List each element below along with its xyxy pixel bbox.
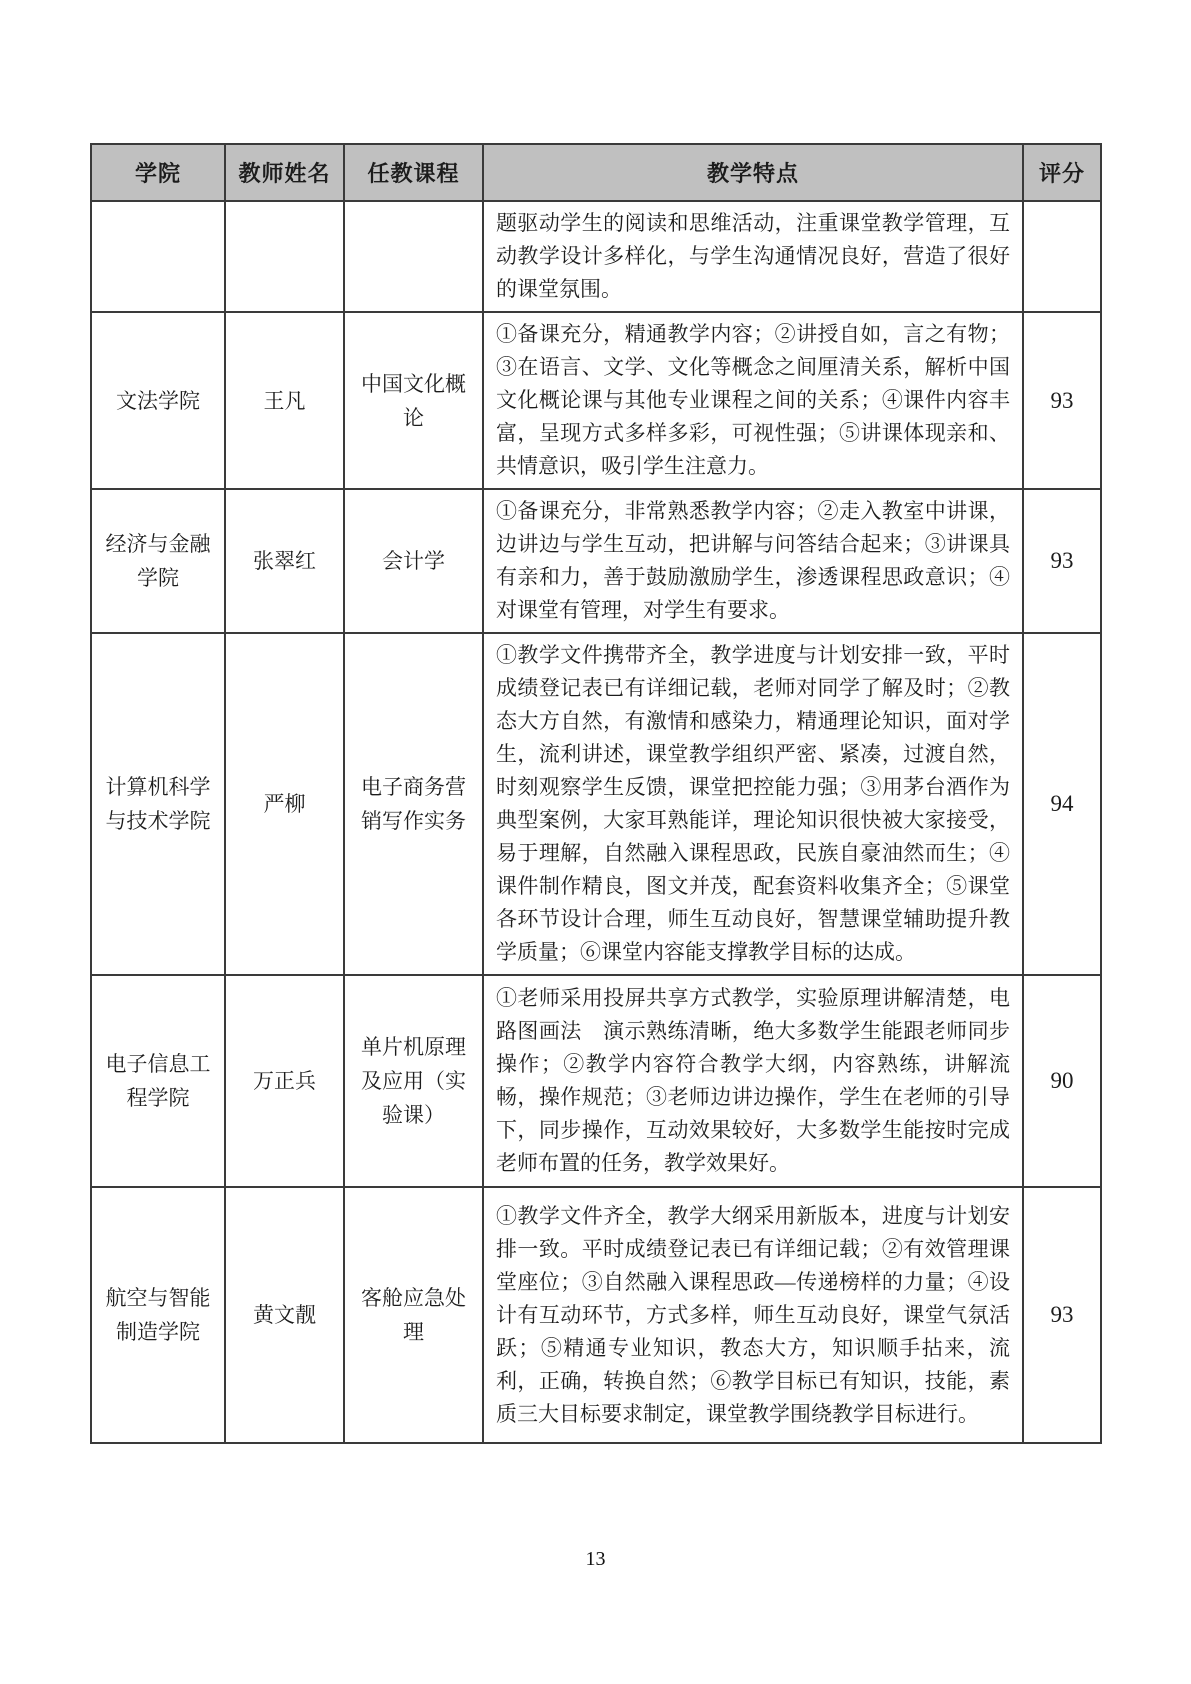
course-cell: 客舱应急处理 <box>344 1187 483 1443</box>
table-row: 计算机科学与技术学院 严柳 电子商务营销写作实务 ①教学文件携带齐全，教学进度与… <box>91 633 1101 975</box>
score-cell: 94 <box>1023 633 1101 975</box>
header-teacher: 教师姓名 <box>225 144 344 201</box>
college-cell: 航空与智能制造学院 <box>91 1187 225 1443</box>
table-row: 文法学院 王凡 中国文化概论 ①备课充分，精通教学内容；②讲授自如，言之有物；③… <box>91 312 1101 489</box>
features-cell: ①备课充分，精通教学内容；②讲授自如，言之有物；③在语言、文学、文化等概念之间厘… <box>483 312 1023 489</box>
features-cell: ①教学文件齐全，教学大纲采用新版本，进度与计划安排一致。平时成绩登记表已有详细记… <box>483 1187 1023 1443</box>
header-row: 学院 教师姓名 任教课程 教学特点 评分 <box>91 144 1101 201</box>
table-row: 经济与金融学院 张翠红 会计学 ①备课充分，非常熟悉教学内容；②走入教室中讲课，… <box>91 489 1101 633</box>
college-cell: 经济与金融学院 <box>91 489 225 633</box>
college-cell <box>91 201 225 312</box>
header-features: 教学特点 <box>483 144 1023 201</box>
teacher-cell: 黄文靓 <box>225 1187 344 1443</box>
teacher-cell: 王凡 <box>225 312 344 489</box>
college-cell: 文法学院 <box>91 312 225 489</box>
header-course: 任教课程 <box>344 144 483 201</box>
course-cell: 会计学 <box>344 489 483 633</box>
teacher-cell <box>225 201 344 312</box>
score-cell: 90 <box>1023 975 1101 1187</box>
course-cell: 单片机原理及应用（实验课） <box>344 975 483 1187</box>
score-cell: 93 <box>1023 1187 1101 1443</box>
features-cell: 题驱动学生的阅读和思维活动，注重课堂教学管理，互动教学设计多样化，与学生沟通情况… <box>483 201 1023 312</box>
score-cell: 93 <box>1023 489 1101 633</box>
table-row: 航空与智能制造学院 黄文靓 客舱应急处理 ①教学文件齐全，教学大纲采用新版本，进… <box>91 1187 1101 1443</box>
college-cell: 电子信息工程学院 <box>91 975 225 1187</box>
teacher-cell: 严柳 <box>225 633 344 975</box>
page-number: 13 <box>0 1548 1191 1571</box>
college-cell: 计算机科学与技术学院 <box>91 633 225 975</box>
course-cell: 中国文化概论 <box>344 312 483 489</box>
course-cell: 电子商务营销写作实务 <box>344 633 483 975</box>
features-cell: ①备课充分，非常熟悉教学内容；②走入教室中讲课，边讲边与学生互动，把讲解与问答结… <box>483 489 1023 633</box>
table-row: 电子信息工程学院 万正兵 单片机原理及应用（实验课） ①老师采用投屏共享方式教学… <box>91 975 1101 1187</box>
course-cell <box>344 201 483 312</box>
document-page: 学院 教师姓名 任教课程 教学特点 评分 题驱动学生的阅读和思维活动，注重课堂教… <box>90 143 1100 1444</box>
teacher-cell: 张翠红 <box>225 489 344 633</box>
teacher-cell: 万正兵 <box>225 975 344 1187</box>
table-body: 题驱动学生的阅读和思维活动，注重课堂教学管理，互动教学设计多样化，与学生沟通情况… <box>91 201 1101 1443</box>
score-cell: 93 <box>1023 312 1101 489</box>
features-cell: ①教学文件携带齐全，教学进度与计划安排一致，平时成绩登记表已有详细记载，老师对同… <box>483 633 1023 975</box>
table-row: 题驱动学生的阅读和思维活动，注重课堂教学管理，互动教学设计多样化，与学生沟通情况… <box>91 201 1101 312</box>
header-college: 学院 <box>91 144 225 201</box>
table-header: 学院 教师姓名 任教课程 教学特点 评分 <box>91 144 1101 201</box>
header-score: 评分 <box>1023 144 1101 201</box>
features-cell: ①老师采用投屏共享方式教学，实验原理讲解清楚，电路图画法 演示熟练清晰，绝大多数… <box>483 975 1023 1187</box>
evaluation-table: 学院 教师姓名 任教课程 教学特点 评分 题驱动学生的阅读和思维活动，注重课堂教… <box>90 143 1102 1444</box>
score-cell <box>1023 201 1101 312</box>
